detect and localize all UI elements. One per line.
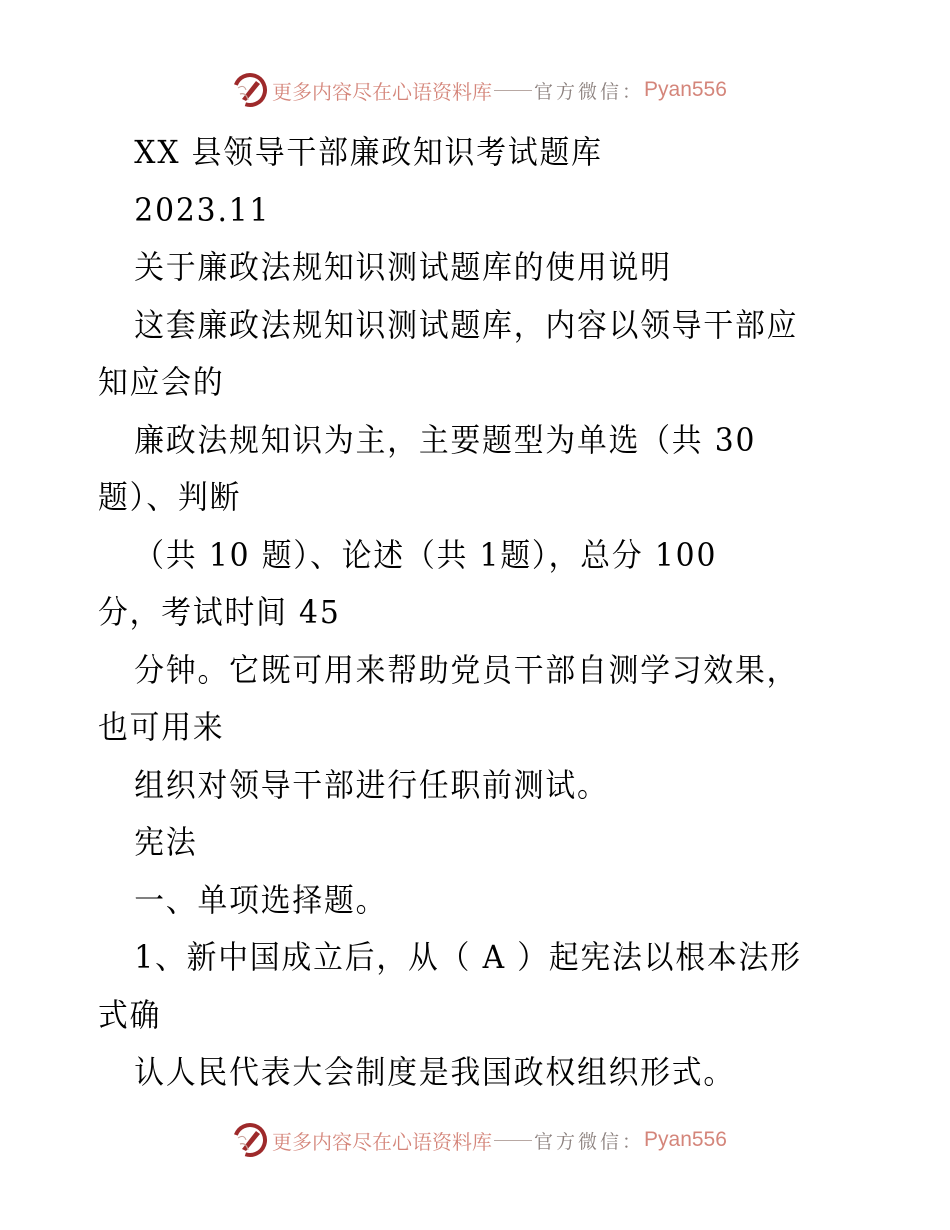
document-body: XX 县领导干部廉政知识考试题库 2023.11 关于廉政法规知识测试题库的使用… <box>98 124 858 1102</box>
document-date: 2023.11 <box>98 182 805 240</box>
paragraph-line: 这套廉政法规知识测试题库，内容以领导干部应 <box>98 297 805 355</box>
paragraph-line: 也可用来 <box>98 699 805 757</box>
paragraph-line: 分钟。它既可用来帮助党员干部自测学习效果， <box>98 642 805 700</box>
watermark-label: 官方微信： <box>534 1127 644 1154</box>
footer-watermark: 更多内容尽在心语资料库 官方微信： Pyan556 <box>232 1120 727 1160</box>
watermark-main-text: 更多内容尽在心语资料库 <box>272 1126 492 1155</box>
watermark-label: 官方微信： <box>534 77 644 104</box>
paragraph-line: （共 10 题）、论述（共 1题），总分 100 <box>98 527 805 585</box>
paragraph-line: 分，考试时间 45 <box>98 584 805 642</box>
header-watermark: 更多内容尽在心语资料库 官方微信： Pyan556 <box>232 70 727 110</box>
paragraph-line: 知应会的 <box>98 354 805 412</box>
paragraph-line: 题）、判断 <box>98 469 805 527</box>
paragraph-line: 廉政法规知识为主，主要题型为单选（共 30 <box>98 412 805 470</box>
section-heading-instructions: 关于廉政法规知识测试题库的使用说明 <box>98 239 805 297</box>
watermark-dash <box>494 90 532 91</box>
paragraph-line: 组织对领导干部进行任职前测试。 <box>98 757 805 815</box>
watermark-dash <box>494 1140 532 1141</box>
question-line: 式确 <box>98 987 805 1045</box>
watermark-wechat-id: Pyan556 <box>644 1128 727 1152</box>
quill-pen-logo-icon <box>232 1122 268 1158</box>
section-heading-single-choice: 一、单项选择题。 <box>98 872 805 930</box>
document-title: XX 县领导干部廉政知识考试题库 <box>98 124 805 182</box>
section-heading-constitution: 宪法 <box>98 814 805 872</box>
quill-pen-logo-icon <box>232 72 268 108</box>
watermark-main-text: 更多内容尽在心语资料库 <box>272 76 492 105</box>
watermark-wechat-id: Pyan556 <box>644 78 727 102</box>
question-line: 认人民代表大会制度是我国政权组织形式。 <box>98 1044 805 1102</box>
question-line: 1、新中国成立后，从（ A ）起宪法以根本法形 <box>98 929 805 987</box>
